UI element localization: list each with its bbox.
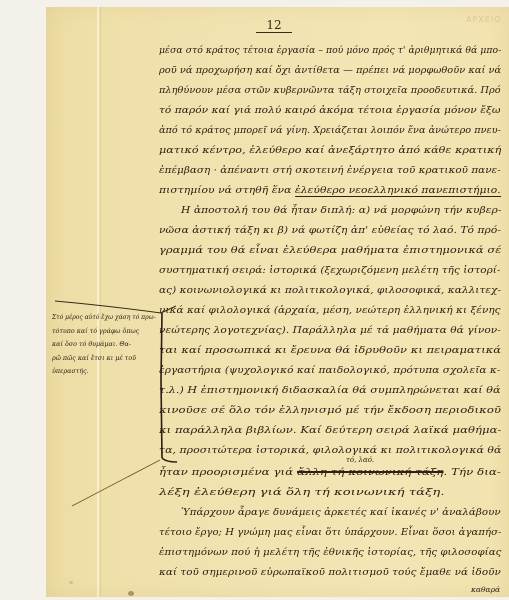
- margin-bracket-marks: [0, 0, 509, 600]
